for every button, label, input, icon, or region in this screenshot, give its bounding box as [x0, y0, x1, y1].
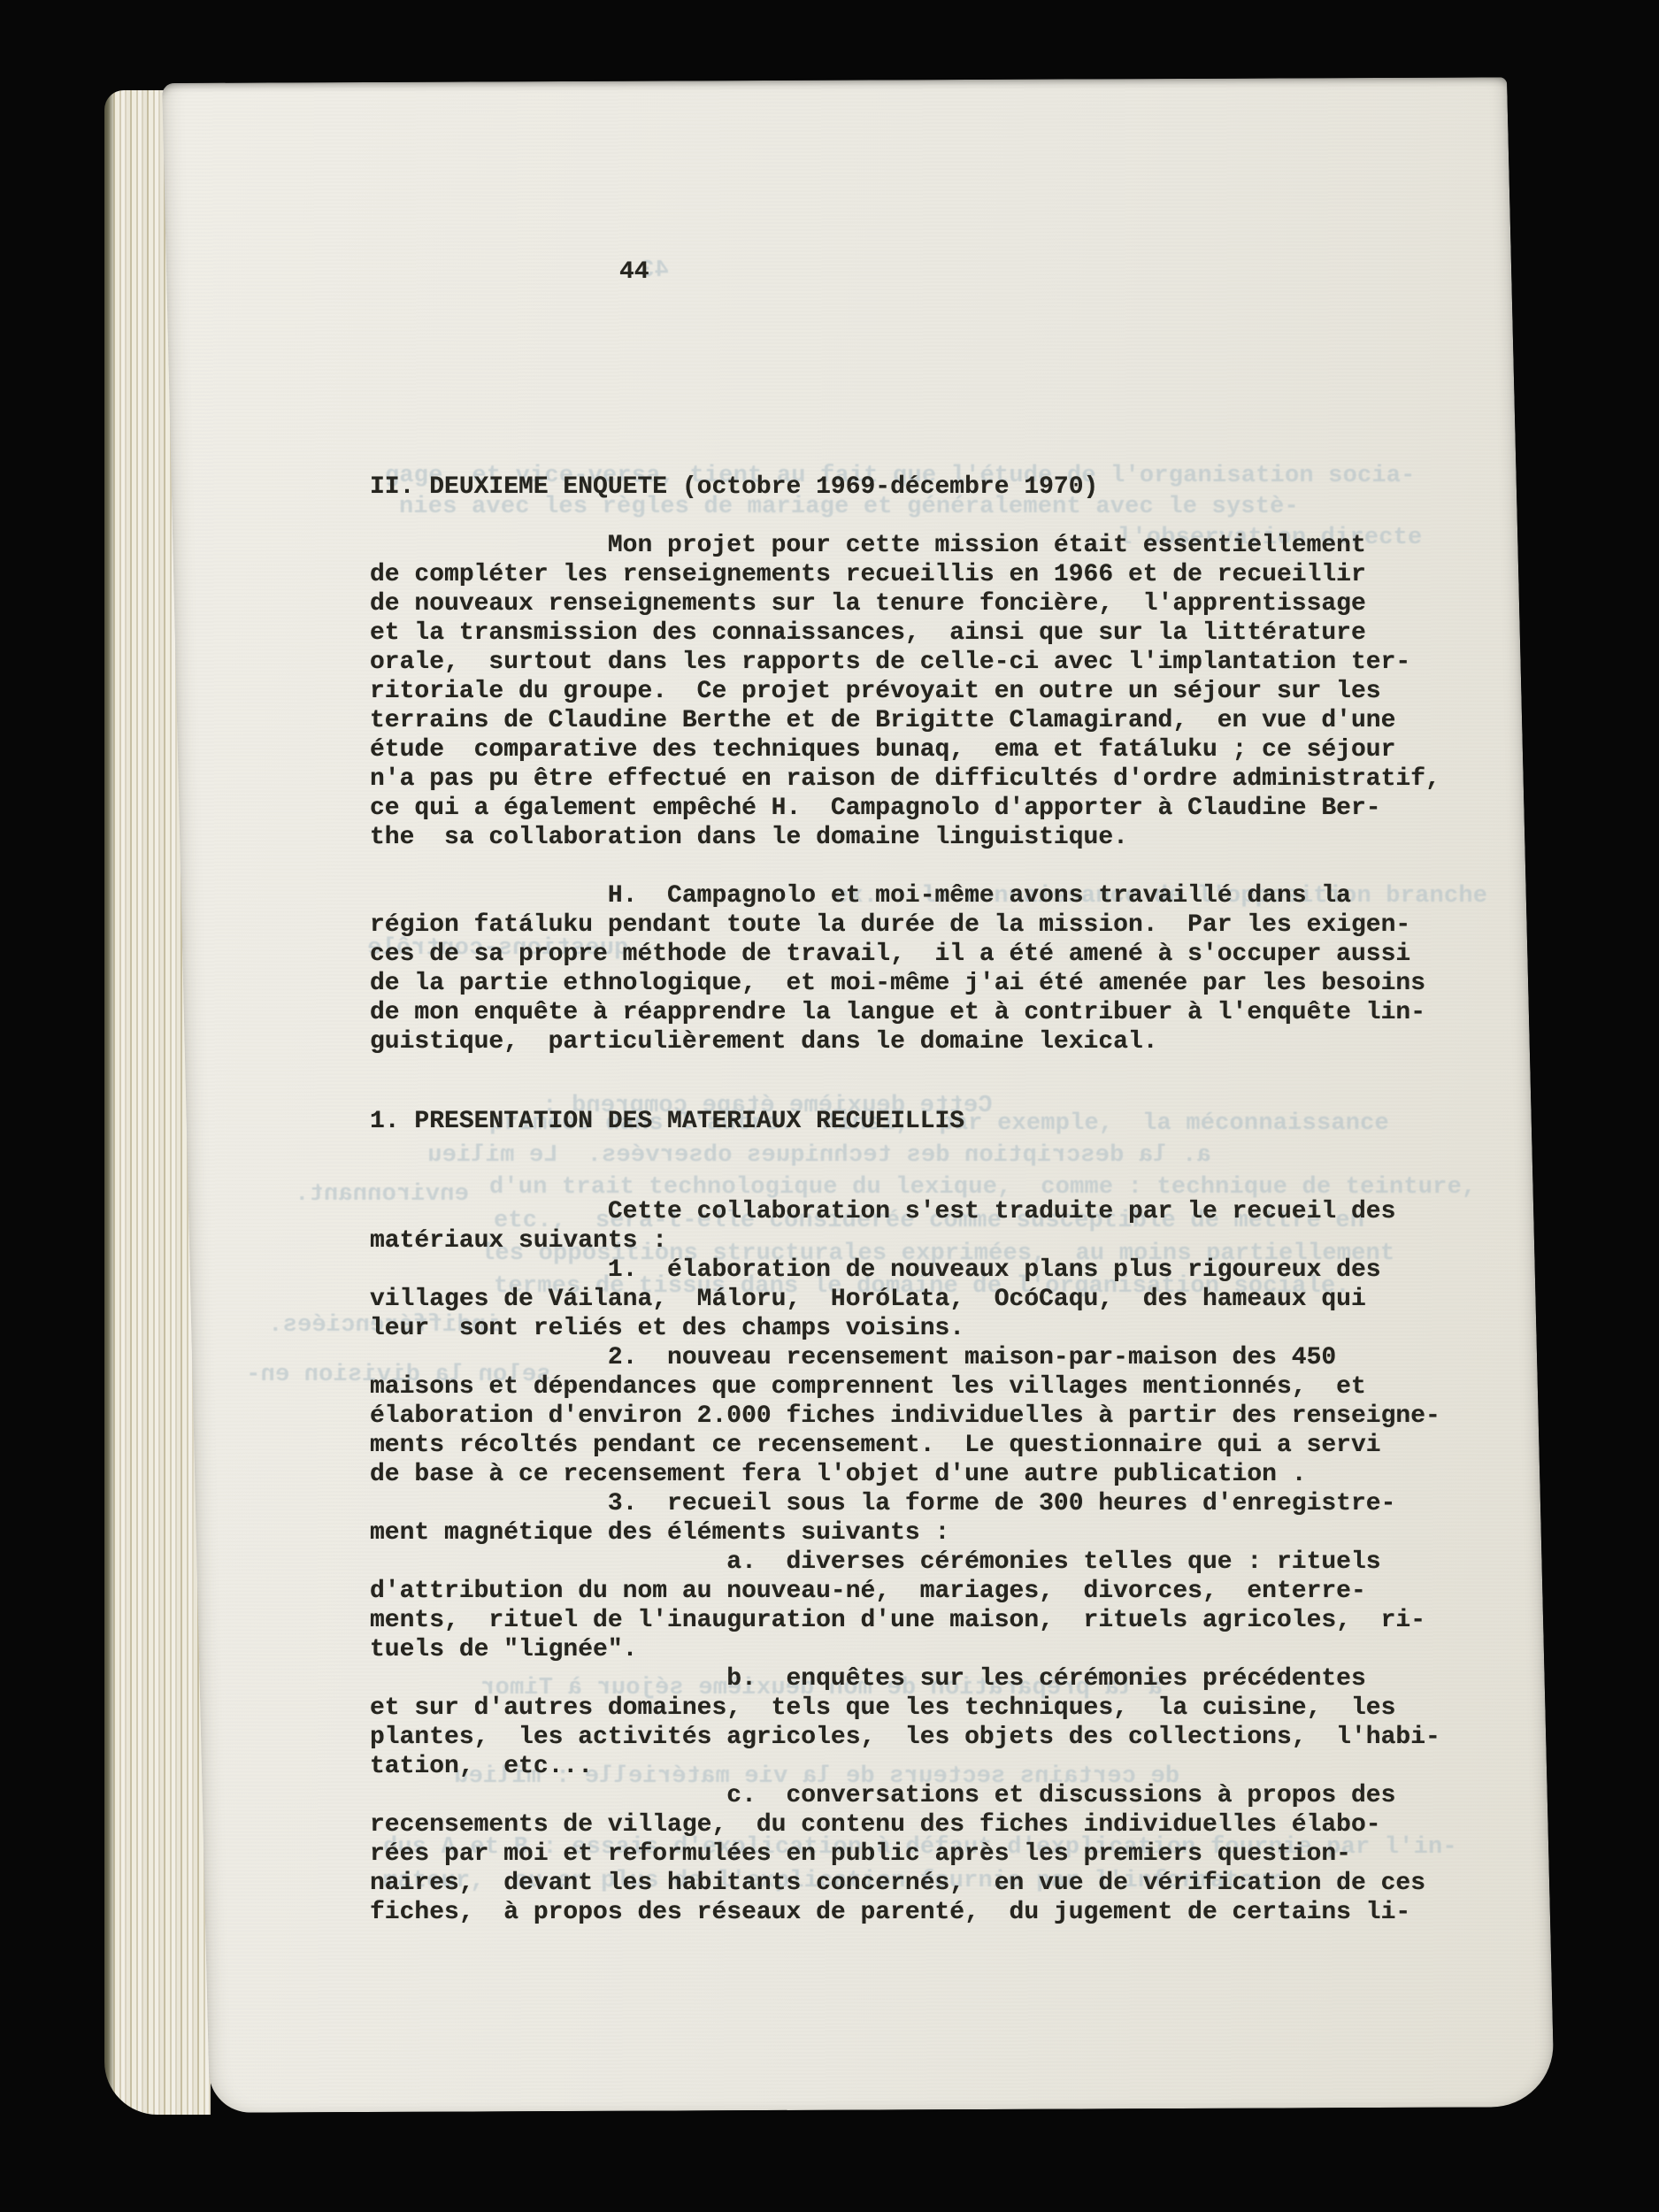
list-item-3: 3. recueil sous la forme de 300 heures d… [370, 1489, 1511, 1548]
list-item-c: c. conversations et discussions à propos… [370, 1781, 1511, 1927]
scanned-book-photo: 43gage, et vice-versa, tient au fait que… [0, 0, 1659, 2212]
list-item-1: 1. élaboration de nouveaux plans plus ri… [370, 1256, 1511, 1343]
list-item-a: a. diverses cérémonies telles que : ritu… [370, 1548, 1511, 1664]
paragraph: Mon projet pour cette mission était esse… [370, 531, 1511, 852]
paragraph: H. Campagnolo et moi-même avons travaill… [370, 881, 1511, 1056]
page-surface: 43gage, et vice-versa, tient au fait que… [162, 83, 1507, 2113]
page-number: 44 [619, 258, 649, 286]
chapter-heading: II. DEUXIEME ENQUETE (octobre 1969-décem… [370, 472, 1511, 502]
list-item-b: b. enquêtes sur les cérémonies précédent… [370, 1664, 1511, 1781]
list-item-2: 2. nouveau recensement maison-par-maison… [370, 1343, 1511, 1489]
paragraph: Cette collaboration s'est traduite par l… [370, 1197, 1511, 1256]
typewritten-text-block: II. DEUXIEME ENQUETE (octobre 1969-décem… [370, 472, 1511, 1927]
section-heading: 1. PRESENTATION DES MATERIAUX RECUEILLIS [370, 1107, 1511, 1136]
book-page: 43gage, et vice-versa, tient au fait que… [162, 77, 1555, 2112]
